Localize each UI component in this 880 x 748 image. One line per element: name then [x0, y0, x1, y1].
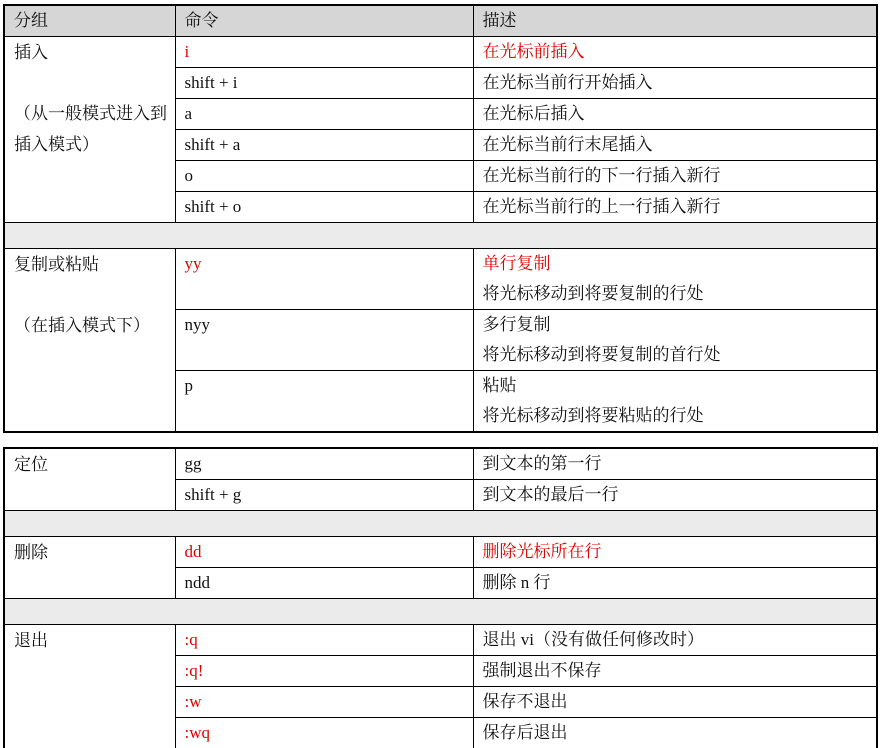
command-cell: shift + i	[175, 68, 473, 99]
group-label-line: 复制或粘贴	[14, 249, 169, 280]
description-cell: 在光标当前行的上一行插入新行	[473, 192, 877, 223]
description-cell: 退出 vi（没有做任何修改时）	[473, 625, 877, 656]
command-cell: shift + a	[175, 130, 473, 161]
separator-row	[4, 511, 877, 537]
description-line: 在光标前插入	[483, 37, 871, 67]
column-header-0: 分组	[4, 5, 175, 37]
group-label-cell: 退出	[4, 625, 175, 748]
description-line: 在光标后插入	[483, 99, 871, 129]
command-cell: :q!	[175, 656, 473, 687]
description-cell: 在光标当前行开始插入	[473, 68, 877, 99]
table-row: 退出:q退出 vi（没有做任何修改时）	[4, 625, 877, 656]
description-cell: 在光标后插入	[473, 99, 877, 130]
description-line: 删除 n 行	[483, 568, 871, 598]
description-cell: 多行复制将光标移动到将要复制的首行处	[473, 310, 877, 371]
command-cell: a	[175, 99, 473, 130]
table-row: 插入（从一般模式进入到插入模式）i在光标前插入	[4, 37, 877, 68]
command-cell: :w	[175, 687, 473, 718]
group-label-cell: 复制或粘贴（在插入模式下）	[4, 249, 175, 433]
group-label-cell: 定位	[4, 448, 175, 511]
description-line: 将光标移动到将要复制的首行处	[483, 340, 871, 370]
description-cell: 在光标前插入	[473, 37, 877, 68]
group-label-line	[14, 68, 169, 98]
command-cell: gg	[175, 448, 473, 480]
table-row: 定位gg到文本的第一行	[4, 448, 877, 480]
description-cell: 粘贴将光标移动到将要粘贴的行处	[473, 371, 877, 433]
description-line: 将光标移动到将要粘贴的行处	[483, 401, 871, 431]
group-label-line: 退出	[14, 625, 169, 656]
description-cell: 保存后退出	[473, 718, 877, 748]
description-cell: 保存不退出	[473, 687, 877, 718]
command-cell: o	[175, 161, 473, 192]
group-label-line: 插入	[14, 37, 169, 68]
group-label-line: 删除	[14, 537, 169, 568]
separator-cell	[4, 599, 877, 625]
description-line: 在光标当前行的上一行插入新行	[483, 192, 871, 222]
table-row: 删除dd删除光标所在行	[4, 537, 877, 568]
column-header-2: 描述	[473, 5, 877, 37]
command-cell: yy	[175, 249, 473, 310]
description-line: 保存不退出	[483, 687, 871, 717]
description-line: 将光标移动到将要复制的行处	[483, 279, 871, 309]
command-cell: p	[175, 371, 473, 433]
description-cell: 删除光标所在行	[473, 537, 877, 568]
separator-row	[4, 599, 877, 625]
command-cell: dd	[175, 537, 473, 568]
description-line: 单行复制	[483, 249, 871, 279]
description-cell: 强制退出不保存	[473, 656, 877, 687]
description-line: 在光标当前行的下一行插入新行	[483, 161, 871, 191]
table-gap	[3, 433, 876, 447]
description-cell: 在光标当前行的下一行插入新行	[473, 161, 877, 192]
description-cell: 到文本的第一行	[473, 448, 877, 480]
group-label-cell: 插入（从一般模式进入到插入模式）	[4, 37, 175, 223]
description-cell: 到文本的最后一行	[473, 480, 877, 511]
column-header-1: 命令	[175, 5, 473, 37]
vi-commands-table-bottom: 定位gg到文本的第一行shift + g到文本的最后一行删除dd删除光标所在行n…	[3, 447, 878, 748]
header-row: 分组命令描述	[4, 5, 877, 37]
group-label-line	[14, 280, 169, 310]
description-cell: 单行复制将光标移动到将要复制的行处	[473, 249, 877, 310]
document-page: 分组命令描述插入（从一般模式进入到插入模式）i在光标前插入shift + i在光…	[0, 0, 880, 748]
description-line: 粘贴	[483, 371, 871, 401]
separator-row	[4, 223, 877, 249]
separator-cell	[4, 223, 877, 249]
description-cell: 删除 n 行	[473, 568, 877, 599]
command-cell: nyy	[175, 310, 473, 371]
description-cell: 在光标当前行末尾插入	[473, 130, 877, 161]
table-row: 复制或粘贴（在插入模式下）yy单行复制将光标移动到将要复制的行处	[4, 249, 877, 310]
group-label-line: （从一般模式进入到插入模式）	[14, 98, 169, 160]
description-line: 强制退出不保存	[483, 656, 871, 686]
group-label-line: 定位	[14, 449, 169, 480]
description-line: 到文本的最后一行	[483, 480, 871, 510]
description-line: 删除光标所在行	[483, 537, 871, 567]
description-line: 在光标当前行末尾插入	[483, 130, 871, 160]
command-cell: shift + g	[175, 480, 473, 511]
group-label-line: （在插入模式下）	[14, 310, 169, 341]
command-cell: :q	[175, 625, 473, 656]
description-line: 在光标当前行开始插入	[483, 68, 871, 98]
description-line: 退出 vi（没有做任何修改时）	[483, 625, 871, 655]
vi-commands-table-top: 分组命令描述插入（从一般模式进入到插入模式）i在光标前插入shift + i在光…	[3, 4, 878, 433]
description-line: 多行复制	[483, 310, 871, 340]
command-cell: ndd	[175, 568, 473, 599]
group-label-cell: 删除	[4, 537, 175, 599]
separator-cell	[4, 511, 877, 537]
command-cell: shift + o	[175, 192, 473, 223]
command-cell: :wq	[175, 718, 473, 748]
description-line: 到文本的第一行	[483, 449, 871, 479]
description-line: 保存后退出	[483, 718, 871, 748]
command-cell: i	[175, 37, 473, 68]
